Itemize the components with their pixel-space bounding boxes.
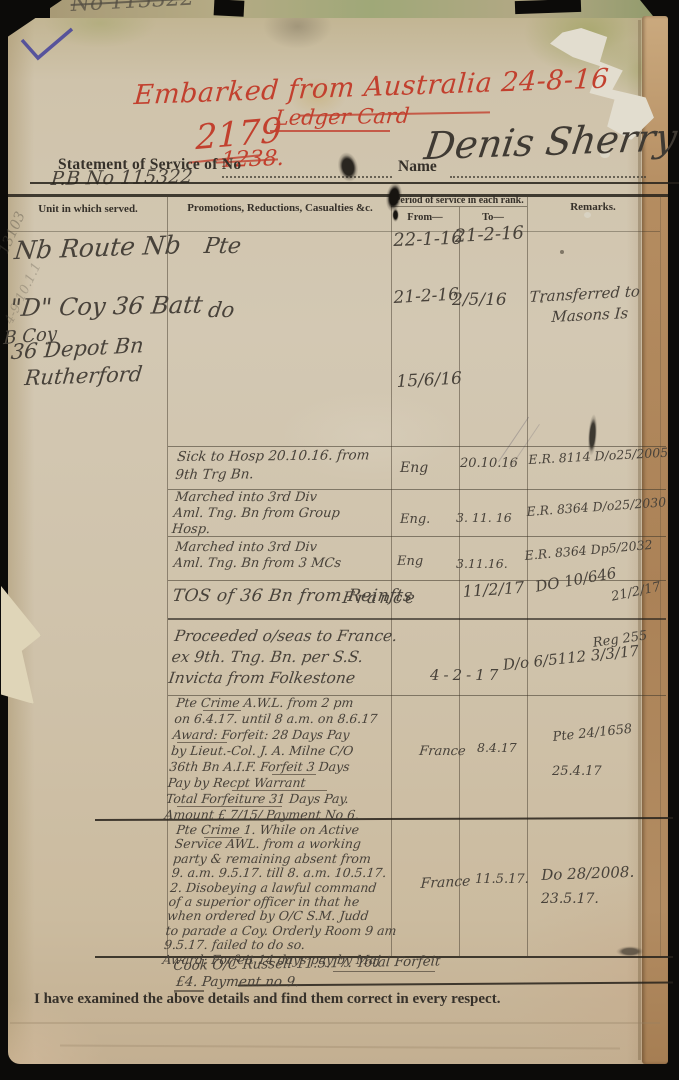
- date-entry: 3. 11. 16: [456, 510, 512, 525]
- name-dotted-line: [450, 176, 646, 178]
- to-date: 21-2-16: [454, 222, 524, 247]
- certification-text: I have examined the above details and fi…: [34, 991, 500, 1008]
- note-line: by Lieut.-Col. J. A. Milne C/O: [170, 743, 374, 759]
- underline-mark: [203, 710, 241, 711]
- note-line: Pte Crime 1. While on Active: [175, 823, 407, 837]
- note-line: on 6.4.17. until 8 a.m. on 8.6.17: [174, 711, 378, 727]
- note-line: ex 9th. Tng. Bn. per S.S.: [170, 647, 396, 668]
- from-date: 21-2-16: [393, 285, 460, 308]
- remarks-entry: 23.5.17.: [541, 891, 599, 907]
- date-entry: 3.11.16.: [456, 556, 508, 571]
- note-line: of a superior officer in that he: [168, 895, 400, 909]
- date-entry: 11.5.17.: [475, 872, 529, 887]
- remarks-entry: Do 28/2008.: [541, 863, 634, 884]
- header-remarks: Remarks.: [528, 201, 658, 213]
- header-unit: Unit in which served.: [10, 203, 166, 215]
- service-record-scan: No 115322 13103 4-9 10.1.1 Embarked from…: [0, 0, 679, 1080]
- note-line: Amount £ 7/15/ Payment No 6.: [164, 807, 368, 823]
- rank-entry: Pte: [202, 234, 242, 259]
- rule: [8, 194, 668, 197]
- note-line: to parade a Coy. Orderly Room 9 am: [165, 924, 397, 938]
- column-line: [660, 196, 661, 956]
- pb-number: P.B No 115322: [50, 166, 194, 191]
- casualty-note: Marched into 3rd Div Aml. Tng. Bn from 3…: [173, 540, 344, 572]
- note-line: Proceeded o/seas to France.: [173, 626, 399, 647]
- note-line: Sick to Hosp 20.10.16. from: [176, 446, 370, 466]
- crease-line: [10, 1022, 660, 1024]
- note-line: Invicta from Folkestone: [167, 668, 393, 689]
- rule: [30, 182, 679, 184]
- underline-mark: [177, 806, 282, 807]
- date-entry: 8.4.17: [477, 740, 517, 755]
- dark-speckle: [560, 250, 564, 254]
- ledger-card-annotation: Ledger Card: [274, 104, 411, 130]
- note-line: 9. a.m. 9.5.17. till 8. a.m. 10.5.17.: [171, 866, 403, 880]
- header-from: From—: [392, 212, 458, 223]
- underline-mark: [232, 790, 327, 791]
- note-line: 9th Trg Bn.: [175, 464, 369, 484]
- row-line: [168, 618, 666, 620]
- place-entry: France: [341, 588, 419, 607]
- top-edge-gap: [515, 0, 581, 14]
- unit-entry: Nb Route Nb: [13, 230, 182, 265]
- casualty-note: Sick to Hosp 20.10.16. from 9th Trg Bn.: [175, 446, 371, 484]
- note-line: 2. Disobeying a lawful command: [169, 881, 401, 895]
- date-entry: 4-2-17: [430, 666, 502, 684]
- crime-entry: Pte Crime A.W.L. from 2 pm on 6.4.17. un…: [164, 695, 380, 823]
- note-line: 36th Bn A.I.F. Forfeit 3 Days: [169, 759, 373, 775]
- blue-check-mark: [18, 24, 78, 66]
- ink-blot: [392, 208, 399, 222]
- note-line: party & remaining absent from: [172, 852, 404, 866]
- note-line: Hosp.: [171, 522, 339, 538]
- note-line: Service AWL. from a working: [174, 837, 406, 851]
- casualty-note: Proceeded o/seas to France. ex 9th. Tng.…: [167, 626, 398, 689]
- closing-note-line: £4. Payment no 9.: [175, 974, 300, 990]
- casualty-note: Marched into 3rd Div Aml. Tng. Bn from G…: [171, 490, 342, 538]
- note-line: Marched into 3rd Div: [174, 490, 342, 506]
- column-line: [459, 207, 460, 956]
- note-line: Marched into 3rd Div: [174, 540, 343, 556]
- place-entry: France: [418, 744, 466, 759]
- from-date: 22-1-16: [393, 228, 463, 251]
- note-line: Aml. Tng. Bn from Group: [173, 506, 341, 522]
- unit-entry: Rutherford: [23, 362, 143, 390]
- period-header-underline: [391, 206, 527, 207]
- date-entry: 20.10.16: [460, 456, 518, 471]
- place-entry: France: [420, 873, 471, 892]
- unit-entry: "D" Coy 36 Batt: [9, 291, 205, 322]
- header-promotions: Promotions, Reductions, Casualties &c.: [170, 202, 390, 214]
- rank-entry: do: [207, 298, 236, 322]
- header-to: To—: [459, 212, 527, 223]
- number-dotted-line: [222, 176, 392, 178]
- note-line: Pay by Recpt Warrant: [167, 775, 371, 791]
- note-line: Award: Forfeit: 28 Days Pay: [172, 727, 376, 743]
- header-period: Period of service in each rank.: [392, 195, 526, 206]
- underline-mark: [177, 742, 227, 743]
- soldier-name: Denis Sherry: [422, 115, 679, 168]
- to-date: 2/5/16: [452, 290, 507, 310]
- note-line: 9.5.17. failed to do so.: [163, 938, 395, 952]
- place-entry: Eng.: [400, 512, 430, 527]
- column-line: [527, 196, 528, 956]
- place-entry: Eng: [400, 460, 428, 476]
- remarks-entry: 25.4.17: [552, 764, 602, 779]
- top-edge-gap: [214, 0, 245, 17]
- red-underline: [270, 130, 390, 132]
- from-date: 15/6/16: [396, 369, 463, 392]
- underline-mark: [333, 971, 435, 972]
- place-entry: Eng: [397, 554, 423, 569]
- note-line: when ordered by O/C S.M. Judd: [166, 909, 398, 923]
- note-line: Pte Crime A.W.L. from 2 pm: [175, 695, 379, 711]
- crime-entry: Pte Crime 1. While on Active Service AWL…: [162, 823, 408, 967]
- underline-mark: [272, 774, 316, 775]
- note-line: Total Forfeiture 31 Days Pay.: [165, 791, 369, 807]
- underline-mark: [204, 837, 242, 838]
- note-line: Aml. Tng. Bn from 3 MCs: [173, 556, 342, 572]
